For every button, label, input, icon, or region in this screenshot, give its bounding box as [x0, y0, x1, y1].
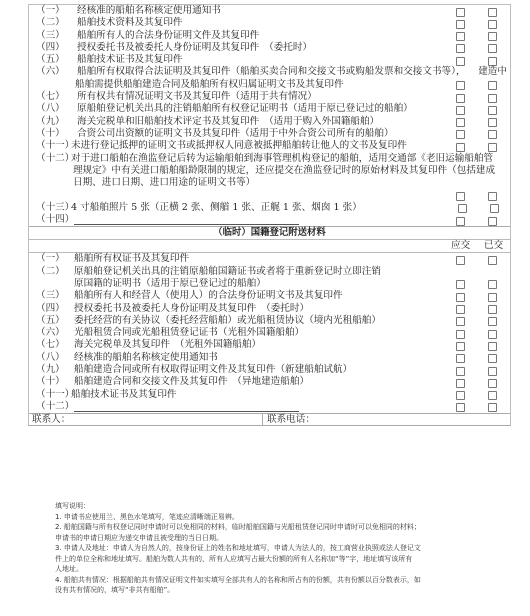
- item-number: （一）: [36, 253, 65, 265]
- list-item-blank: （十四）: [29, 214, 510, 226]
- column-header-required: 应交: [451, 240, 470, 252]
- list-item-continuation: 原国籍的证明书（适用于原已登记过的船舶）: [29, 278, 510, 290]
- required-checkbox[interactable]: [456, 94, 465, 103]
- item-text: 授权委托书及被委托人身份证明及其复印件 （委托时）: [74, 303, 309, 315]
- required-checkbox[interactable]: [456, 403, 465, 412]
- required-checkbox[interactable]: [456, 354, 465, 363]
- list-item: （一） 经核准的船舶名称核定使用通知书: [29, 5, 510, 17]
- section2-title: （临时）国籍登记附送材料: [29, 226, 510, 240]
- submitted-checkbox[interactable]: [488, 106, 497, 115]
- list-item: （一） 船舶所有权证书及其复印件: [29, 253, 510, 265]
- item-text: 授权委托书及被委托人身份证明及其复印件 （委托时）: [77, 42, 312, 54]
- submitted-checkbox[interactable]: [488, 354, 497, 363]
- submitted-checkbox[interactable]: [488, 192, 497, 201]
- submitted-checkbox[interactable]: [488, 391, 497, 400]
- required-checkbox[interactable]: [456, 8, 465, 17]
- item-number: （十一）: [36, 140, 74, 152]
- list-item: （九） 海关完税单和旧船舶技术评定书及其复印件 （适用于购入外国籍船舶）: [29, 116, 510, 128]
- list-item: （十三） 4 寸船舶照片 5 张（正横 2 张、侧艏 1 张、正艉 1 张、烟囱…: [29, 202, 510, 214]
- list-item: （三） 船舶所有人和经营人（使用人）的合法身份证明文书及其复印件: [29, 290, 510, 302]
- submitted-checkbox[interactable]: [488, 280, 497, 289]
- list-item: （五） 委托经营的有关协议（委托经营船舶）或光船租赁协议（境内光租船舶）: [29, 315, 510, 327]
- item-text: 船舶所有人的合法身份证明文件及其复印件: [77, 30, 259, 42]
- note-line: 2. 船舶国籍与所有权登记同时申请时可以免相同的材料，临时船舶国籍与光船租赁登记…: [55, 522, 515, 533]
- item-text: 船舶技术资料及其复印件: [77, 17, 183, 29]
- required-checkbox[interactable]: [456, 317, 465, 326]
- item-text: 原船舶登记机关出具的注销船舶所有权登记证明书（适用于原已登记过的船舶）: [77, 103, 413, 115]
- submitted-checkbox[interactable]: [488, 342, 497, 351]
- note-line: 没有共有情况的，填写“非共有船舶”。: [55, 585, 515, 596]
- list-item-blank: （十二）: [29, 401, 510, 413]
- column-header-submitted: 已交: [484, 240, 503, 252]
- list-item-continuation: 船舶需提供船舶建造合同及船舶所有权归属证明文书及其复印件: [29, 79, 510, 91]
- list-item: （四） 授权委托书及被委托人身份证明及其复印件 （委托时）: [29, 303, 510, 315]
- item-number: （七）: [36, 91, 65, 103]
- required-checkbox[interactable]: [456, 143, 465, 152]
- list-item-checkbox-row: [29, 189, 510, 201]
- materials-checklist-table: （一） 经核准的船舶名称核定使用通知书 （二） 船舶技术资料及其复印件 （三） …: [28, 4, 511, 426]
- list-item: （七） 海关完税单及其复印件 （光租外国籍船舶）: [29, 339, 510, 351]
- submitted-checkbox[interactable]: [488, 32, 497, 41]
- list-item: （八） 原船舶登记机关出具的注销船舶所有权登记证明书（适用于原已登记过的船舶）: [29, 103, 510, 115]
- item-number: （四）: [36, 42, 65, 54]
- required-checkbox[interactable]: [456, 293, 465, 302]
- item-number: （十三）: [36, 202, 74, 214]
- item-text-tail: 建造中: [478, 66, 507, 78]
- list-item: （四） 授权委托书及被委托人身份证明及其复印件 （委托时）: [29, 42, 510, 54]
- section1-list: （一） 经核准的船舶名称核定使用通知书 （二） 船舶技术资料及其复印件 （三） …: [29, 5, 510, 226]
- note-line: 申请书的申请日期应为递交申请且被受理的当日日期。: [55, 533, 515, 544]
- item-number: （五）: [36, 315, 65, 327]
- item-text: 船舶建造合同或所有权取得证明文件及其复印件（新建船舶试航）: [74, 364, 352, 376]
- item-text: 经核准的船舶名称核定使用通知书: [74, 352, 218, 364]
- required-checkbox[interactable]: [456, 44, 465, 53]
- list-item: （十二） 对于进口船舶在渔监登记后转为运输船舶到海事管理机构登记的船舶，适用交通…: [29, 153, 510, 165]
- divider: [262, 414, 263, 425]
- item-number: （三）: [36, 30, 65, 42]
- item-text-continued: 船舶需提供船舶建造合同及船舶所有权归属证明文书及其复印件: [75, 79, 344, 91]
- submitted-checkbox[interactable]: [488, 317, 497, 326]
- item-number: （五）: [36, 54, 65, 66]
- list-item: （七） 所有权共有情况证明文书及其复印件（适用于共有情况）: [29, 91, 510, 103]
- list-item: （六） 船舶所有权取得合法证明及其复印件（船舶买卖合同和交接文书或购船发票和交接…: [29, 66, 510, 78]
- submitted-checkbox[interactable]: [488, 57, 497, 66]
- required-checkbox[interactable]: [456, 305, 465, 314]
- note-line: 件上的单位全称和地址填写。船舶为数人共有的，所有人应填写占最大份额的所有人名称加…: [55, 554, 515, 565]
- required-checkbox[interactable]: [456, 330, 465, 339]
- list-item: （二） 船舶技术资料及其复印件: [29, 17, 510, 29]
- note-line: 4. 船舶共有情况：根据船舶共有情况证明文件如实填写全部共有人的名称和所占有的份…: [55, 575, 515, 586]
- submitted-checkbox[interactable]: [488, 403, 497, 412]
- item-number: （三）: [36, 290, 65, 302]
- item-number: （十一）: [36, 389, 74, 401]
- required-checkbox[interactable]: [456, 379, 465, 388]
- item-number: （十二）: [36, 401, 74, 413]
- item-text-continued: 原国籍的证明书（适用于原已登记过的船舶）: [74, 278, 266, 290]
- note-line: 3. 申请人及地址：申请人为自然人的，按身份证上的姓名和地址填写，申请人为法人的…: [55, 543, 515, 554]
- section2-list: （一） 船舶所有权证书及其复印件 （二） 原船舶登记机关出具的注销原船舶国籍证书…: [29, 253, 510, 413]
- item-text: 船舶所有人和经营人（使用人）的合法身份证明文书及其复印件: [74, 290, 343, 302]
- notes-title: 填写说明：: [55, 501, 515, 512]
- item-number: （二）: [36, 17, 65, 29]
- item-text: 合资公司出资额的证明文书及其复印件（适用于中外合资公司所有的船舶）: [77, 128, 394, 140]
- item-number: （二）: [36, 266, 65, 278]
- required-checkbox[interactable]: [456, 367, 465, 376]
- submitted-checkbox[interactable]: [488, 130, 497, 139]
- column-header-row: 应交 已交: [29, 240, 510, 253]
- item-text: 经核准的船舶名称核定使用通知书: [77, 5, 221, 17]
- item-number: （六）: [36, 327, 65, 339]
- item-text: 委托经营的有关协议（委托经营船舶）或光船租赁协议（境内光租船舶）: [74, 315, 381, 327]
- list-item: （九） 船舶建造合同或所有权取得证明文件及其复印件（新建船舶试航）: [29, 364, 510, 376]
- item-number: （九）: [36, 364, 65, 376]
- list-item: （五） 船舶技术证书及其复印件: [29, 54, 510, 66]
- required-checkbox[interactable]: [456, 391, 465, 400]
- item-number: （十四）: [36, 214, 74, 226]
- item-text: 船舶所有权证书及其复印件: [74, 253, 189, 265]
- list-item: （十一） 船舶技术证书及其复印件: [29, 389, 510, 401]
- blank-entry-line[interactable]: [74, 224, 299, 225]
- contact-row: 联系人： 联系电话：: [29, 413, 510, 426]
- submitted-checkbox[interactable]: [488, 217, 497, 226]
- item-number: （九）: [36, 116, 65, 128]
- submitted-checkbox[interactable]: [488, 367, 497, 376]
- submitted-checkbox[interactable]: [488, 293, 497, 302]
- submitted-checkbox[interactable]: [490, 204, 499, 213]
- required-checkbox[interactable]: [456, 32, 465, 41]
- submitted-checkbox[interactable]: [488, 256, 497, 265]
- item-number: （八）: [36, 103, 65, 115]
- item-number: （七）: [36, 339, 65, 351]
- list-item: （二） 原船舶登记机关出具的注销原船舶国籍证书或者将于重新登记时立即注销: [29, 266, 510, 278]
- list-item: （十） 船舶建造合同和交接文件及其复印件 （异地建造船舶）: [29, 376, 510, 388]
- submitted-checkbox[interactable]: [488, 20, 497, 29]
- submitted-checkbox[interactable]: [488, 94, 497, 103]
- submitted-checkbox[interactable]: [488, 330, 497, 339]
- required-checkbox[interactable]: [456, 280, 465, 289]
- required-checkbox[interactable]: [456, 130, 465, 139]
- item-text: 船舶技术证书及其复印件: [71, 389, 177, 401]
- item-text: 船舶建造合同和交接文件及其复印件 （异地建造船舶）: [74, 376, 309, 388]
- list-item-continuation: 理规定》中有关进口船舶船龄限制的规定，还应提交在渔监登记时的原始材料及其复印件（…: [29, 165, 510, 177]
- item-number: （十）: [36, 376, 65, 388]
- item-text: 船舶技术证书及其复印件: [77, 54, 183, 66]
- contact-person-label: 联系人：: [32, 414, 70, 425]
- required-checkbox[interactable]: [456, 81, 465, 90]
- note-line: 1. 申请书应使用兰、黑色水笔填写，笔迹应清晰端正易辨。: [55, 512, 515, 523]
- item-text: 海关完税单和旧船舶技术评定书及其复印件 （适用于购入外国籍船舶）: [77, 116, 379, 128]
- required-checkbox[interactable]: [458, 204, 467, 213]
- item-number: （十二）: [36, 153, 74, 165]
- item-number: （四）: [36, 303, 65, 315]
- item-text: 所有权共有情况证明文书及其复印件（适用于共有情况）: [77, 91, 317, 103]
- item-number: （一）: [36, 5, 65, 17]
- item-text: 光船租赁合同或光船租赁登记证书（光租外国籍船舶）: [74, 327, 304, 339]
- item-text-continued: 理规定》中有关进口船舶船龄限制的规定，还应提交在渔监登记时的原始材料及其复印件（…: [73, 165, 495, 177]
- filling-instructions: 填写说明： 1. 申请书应使用兰、黑色水笔填写，笔迹应清晰端正易辨。 2. 船舶…: [55, 501, 515, 596]
- required-checkbox[interactable]: [456, 217, 465, 226]
- required-checkbox[interactable]: [456, 57, 465, 66]
- item-text: 船舶所有权取得合法证明及其复印件（船舶买卖合同和交接文书或购船发票和交接文书等）…: [77, 66, 466, 78]
- list-item-continuation: 日期、进口日期、进口用途的证明文书等）: [29, 177, 510, 189]
- blank-entry-line[interactable]: [74, 411, 299, 412]
- required-checkbox[interactable]: [456, 192, 465, 201]
- item-text: 未进行登记抵押的证明文书或抵押权人同意被抵押船舶转让他人的文书及复印件: [71, 140, 407, 152]
- list-item: （六） 光船租赁合同或光船租赁登记证书（光租外国籍船舶）: [29, 327, 510, 339]
- required-checkbox[interactable]: [456, 106, 465, 115]
- item-text-continued: 日期、进口日期、进口用途的证明文书等）: [73, 177, 255, 189]
- list-item: （八） 经核准的船舶名称核定使用通知书: [29, 352, 510, 364]
- item-number: （六）: [36, 66, 65, 78]
- submitted-checkbox[interactable]: [488, 44, 497, 53]
- required-checkbox[interactable]: [456, 118, 465, 127]
- required-checkbox[interactable]: [456, 20, 465, 29]
- note-line: 人地址。: [55, 564, 515, 575]
- submitted-checkbox[interactable]: [488, 81, 497, 90]
- required-checkbox[interactable]: [456, 256, 465, 265]
- item-text: 海关完税单及其复印件 （光租外国籍船舶）: [74, 339, 261, 351]
- submitted-checkbox[interactable]: [488, 305, 497, 314]
- list-item: （十） 合资公司出资额的证明文书及其复印件（适用于中外合资公司所有的船舶）: [29, 128, 510, 140]
- item-text: 4 寸船舶照片 5 张（正横 2 张、侧艏 1 张、正艉 1 张、烟囱 1 张）: [71, 202, 362, 214]
- item-number: （八）: [36, 352, 65, 364]
- submitted-checkbox[interactable]: [488, 379, 497, 388]
- contact-phone-label: 联系电话：: [267, 414, 315, 425]
- item-number: （十）: [36, 128, 65, 140]
- list-item: （十一） 未进行登记抵押的证明文书或抵押权人同意被抵押船舶转让他人的文书及复印件: [29, 140, 510, 152]
- required-checkbox[interactable]: [456, 342, 465, 351]
- list-item: （三） 船舶所有人的合法身份证明文件及其复印件: [29, 30, 510, 42]
- submitted-checkbox[interactable]: [488, 143, 497, 152]
- submitted-checkbox[interactable]: [488, 118, 497, 127]
- item-text: 对于进口船舶在渔监登记后转为运输船舶到海事管理机构登记的船舶，适用交通部《老旧运…: [71, 153, 493, 165]
- submitted-checkbox[interactable]: [488, 8, 497, 17]
- item-text: 原船舶登记机关出具的注销原船舶国籍证书或者将于重新登记时立即注销: [74, 266, 381, 278]
